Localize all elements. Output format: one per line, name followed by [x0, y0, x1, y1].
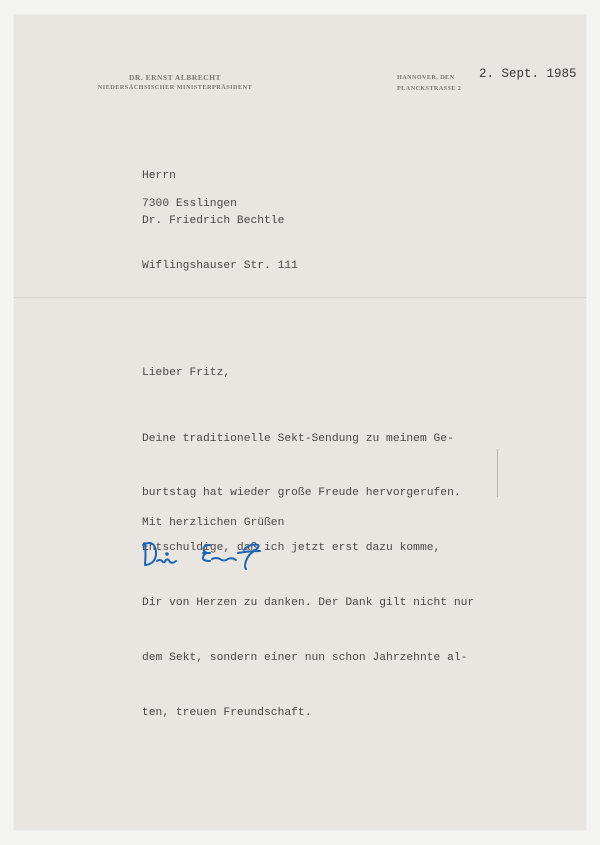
letter-date: 2. Sept. 1985 [479, 67, 577, 81]
place-street: PLANCKSTRASSE 2 [397, 83, 461, 94]
body-line: ten, treuen Freundschaft. [142, 704, 474, 722]
body-line: Dir von Herzen zu danken. Der Dank gilt … [142, 594, 474, 612]
recipient-line: Herrn [142, 169, 298, 184]
body-line: burtstag hat wieder große Freude hervorg… [142, 484, 474, 502]
recipient-line: Wiflingshauser Str. 111 [142, 259, 298, 274]
margin-pencil-mark [497, 449, 498, 497]
closing: Mit herzlichen Grüßen [142, 517, 284, 529]
letterhead: DR. ERNST ALBRECHT NIEDERSÄCHSISCHER MIN… [60, 72, 290, 93]
handwritten-signature: Dein Ernst [140, 537, 290, 571]
sender-place: HANNOVER, DEN PLANCKSTRASSE 2 [397, 72, 461, 94]
recipient-city: 7300 Esslingen [142, 198, 237, 210]
place-city: HANNOVER, DEN [397, 72, 461, 83]
letterhead-title: NIEDERSÄCHSISCHER MINISTERPRÄSIDENT [60, 83, 290, 93]
fold-line [14, 297, 586, 298]
recipient-line: Dr. Friedrich Bechtle [142, 214, 298, 229]
body-line: dem Sekt, sondern einer nun schon Jahrze… [142, 649, 474, 667]
body-line: Deine traditionelle Sekt-Sendung zu mein… [142, 430, 474, 448]
letterhead-name: DR. ERNST ALBRECHT [60, 72, 290, 83]
salutation: Lieber Fritz, [142, 367, 230, 379]
recipient-address: Herrn Dr. Friedrich Bechtle Wiflingshaus… [142, 139, 298, 289]
